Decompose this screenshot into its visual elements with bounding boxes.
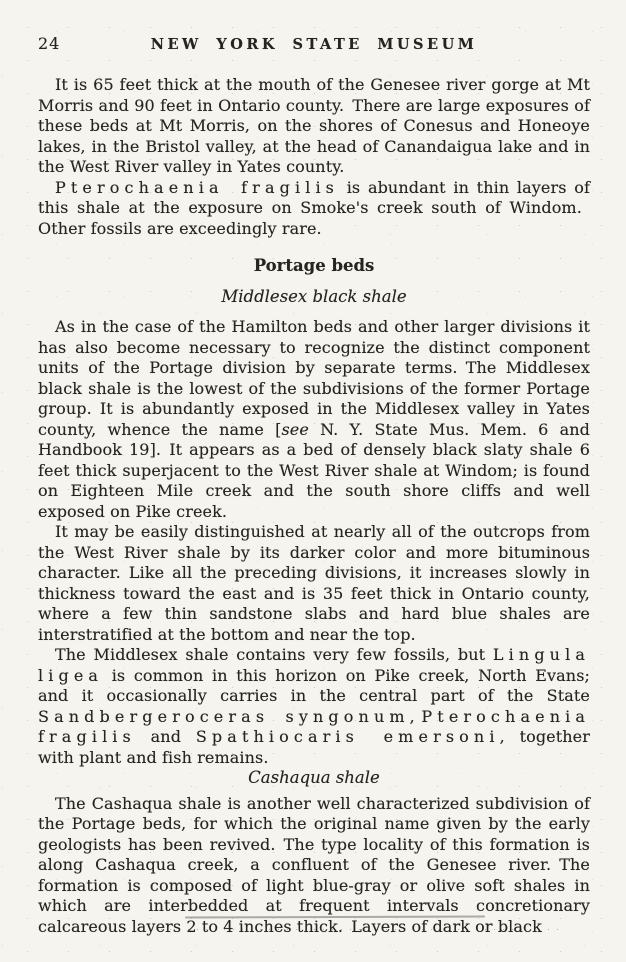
- paragraph-middlesex-intro: As in the case of the Hamilton beds and …: [38, 317, 590, 522]
- paragraph-middlesex-fossils: The Middlesex shale contains very few fo…: [38, 645, 590, 768]
- paragraph-distinguishing-features: It may be easily distinguished at nearly…: [38, 522, 590, 645]
- text-segment: It is 65 feet thick at the mouth of the …: [38, 75, 590, 176]
- page-number: 24: [38, 34, 98, 53]
- heading-cashaqua-shale: Cashaqua shale: [38, 768, 590, 789]
- scanned-book-page: 24 NEW YORK STATE MUSEUM It is 65 feet t…: [0, 0, 626, 962]
- running-header: 24 NEW YORK STATE MUSEUM: [38, 34, 590, 53]
- species-name: Spathiocaris emersoni: [196, 727, 500, 746]
- heading-middlesex-black-shale: Middlesex black shale: [38, 287, 590, 308]
- italic-text: see: [282, 420, 309, 439]
- text-segment: ,: [410, 707, 422, 726]
- text-segment: The Cashaqua shale is another well chara…: [38, 794, 590, 936]
- text-segment: It may be easily distinguished at nearly…: [38, 522, 590, 644]
- paragraph-cashaqua-description: The Cashaqua shale is another well chara…: [38, 794, 590, 938]
- running-head-title: NEW YORK STATE MUSEUM: [98, 36, 530, 53]
- species-name: Sandbergeroceras syngonum: [38, 707, 410, 726]
- heading-portage-beds: Portage beds: [38, 256, 590, 277]
- species-name: Pterochaenia fragilis: [55, 178, 339, 197]
- text-segment: The Middlesex shale contains very few fo…: [55, 645, 493, 664]
- paragraph-genesee-thickness: It is 65 feet thick at the mouth of the …: [38, 75, 590, 178]
- paragraph-pterochaenia-fragilis: Pterochaenia fragilis is abundant in thi…: [38, 178, 590, 240]
- text-segment: is common in this horizon on Pike creek,…: [38, 666, 590, 706]
- text-segment: and: [136, 727, 196, 746]
